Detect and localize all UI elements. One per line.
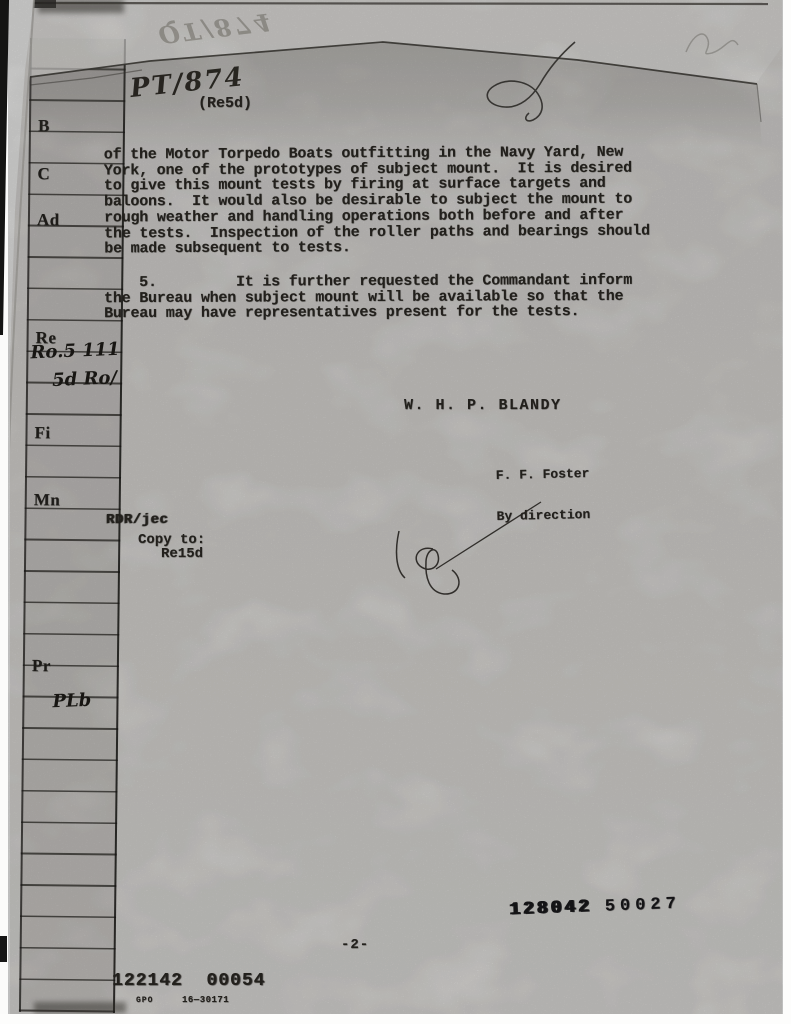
footer-accession-number: 122142 00054 (112, 971, 265, 991)
body-paragraph-5: 5. It is further requested the Commandan… (104, 273, 632, 322)
strip-handwritten-note: Ro.5 111 (30, 339, 120, 364)
typist-initials: RDR/jec (106, 512, 168, 528)
strip-label-ad: Ad (37, 210, 60, 230)
strip-label-pr: Pr (32, 656, 51, 676)
copy-to-value: Re15d (161, 546, 203, 562)
right-white-margin (782, 0, 791, 1024)
stamp-number-left: 128042 (510, 897, 594, 920)
body-paragraph-continuation: of the Motor Torpedo Boats outfitting in… (104, 145, 650, 258)
strip-handwritten-note: PLb (52, 690, 92, 713)
strip-label-fi: Fi (34, 423, 50, 443)
bottom-left-black-mark (0, 936, 7, 962)
routing-code: (Re5d) (198, 95, 252, 112)
gpo-label: GPO (136, 996, 153, 1005)
by-direction-block: F. F. Foster By direction (495, 439, 591, 538)
strip-label-b: B (38, 116, 50, 136)
bottom-white-margin (0, 1014, 791, 1024)
gpo-print-number: 16—30171 (182, 995, 229, 1005)
typed-line: Bureau may have representatives present … (104, 304, 632, 322)
signature-name: W. H. P. BLANDY (404, 397, 562, 414)
strip-handwritten-note: 5d Ro/ (52, 367, 118, 391)
strip-label-c: C (37, 164, 50, 184)
strip-label-mn: Mn (34, 490, 61, 510)
signer2-name: F. F. Foster (496, 467, 590, 483)
typed-line: be made subsequent to tests. (104, 239, 650, 258)
signer2-title: By direction (496, 508, 590, 524)
typed-line: the tests. Inspection of the roller path… (104, 223, 650, 242)
page-number: -2- (341, 937, 369, 953)
stamp-number-right: 50027 (604, 895, 681, 917)
